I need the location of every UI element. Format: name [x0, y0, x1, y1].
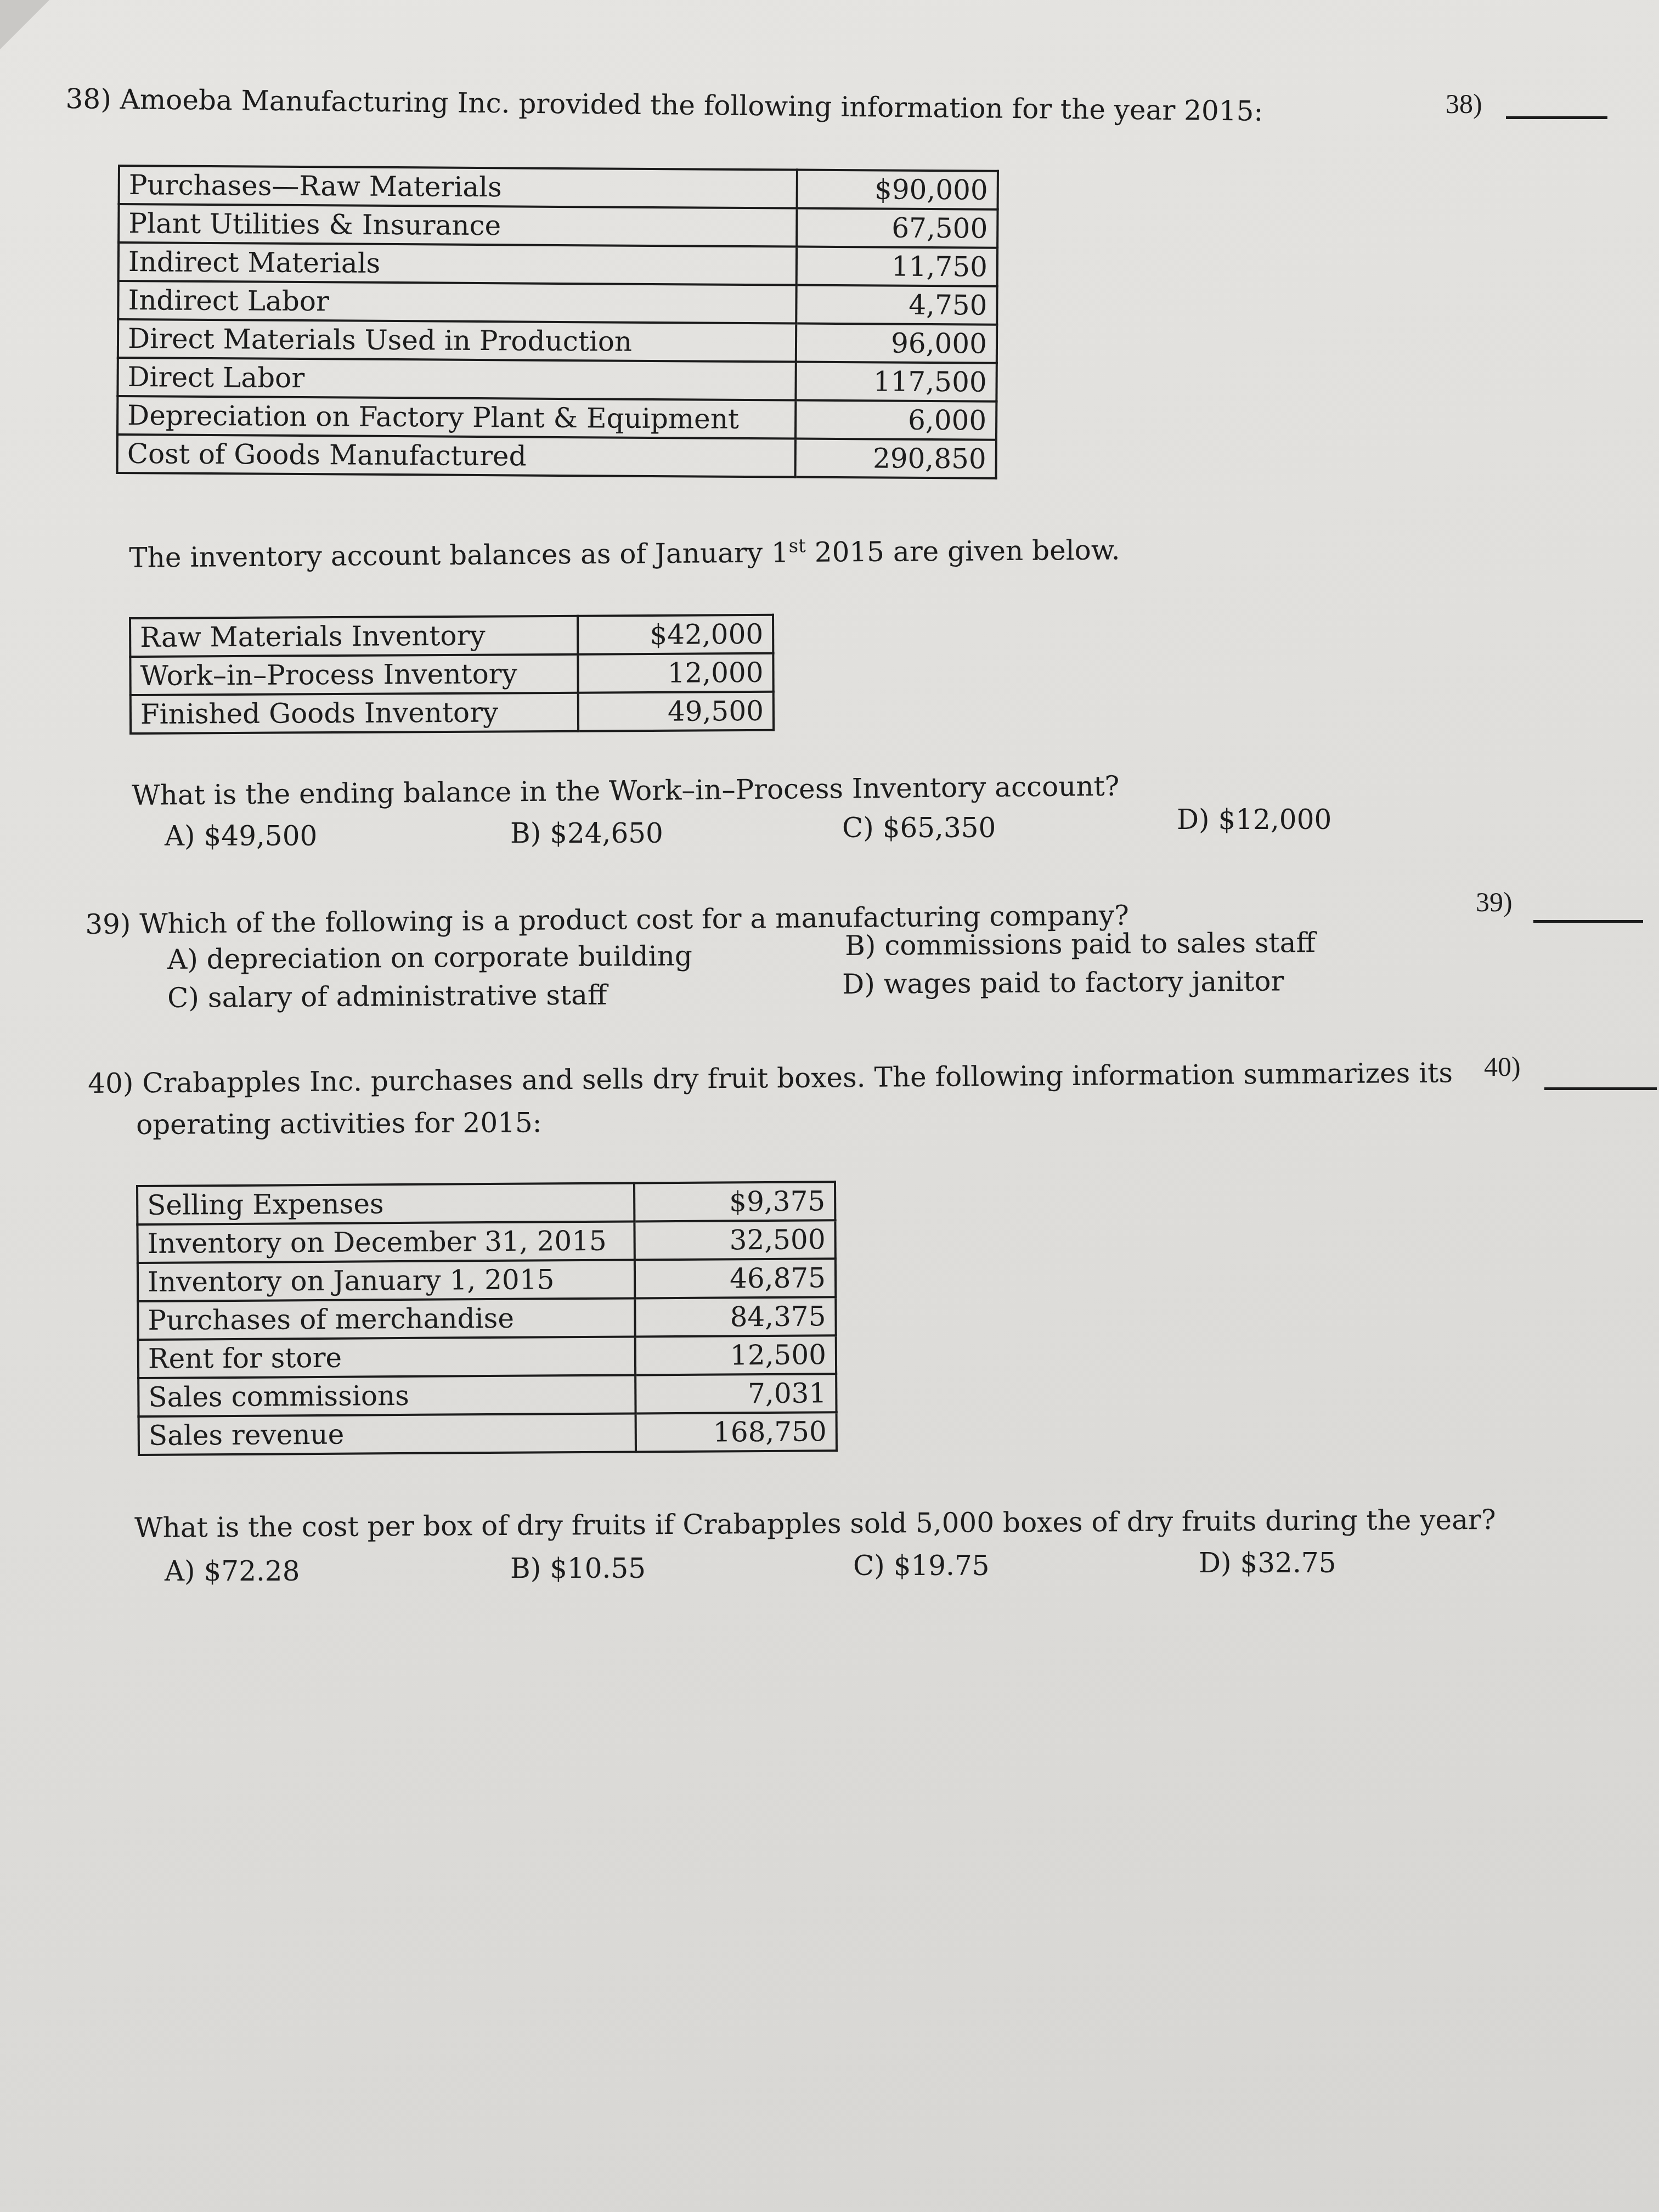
q39-margin-number: 39)	[1476, 886, 1513, 918]
q40-margin-number: 40)	[1484, 1051, 1521, 1082]
page-corner-shadow	[0, 0, 49, 49]
table-cell-label: Indirect Materials	[119, 242, 797, 285]
table-cell-value: $9,375	[634, 1182, 835, 1221]
table-row: Inventory on December 31, 2015 32,500	[137, 1220, 835, 1263]
table-cell-value: 49,500	[578, 692, 774, 731]
table-cell-label: Raw Materials Inventory	[130, 616, 578, 657]
q40-prompt-line2: operating activities for 2015:	[136, 1106, 542, 1141]
table-cell-value: 12,000	[578, 653, 773, 693]
table-cell-label: Cost of Goods Manufactured	[117, 435, 795, 477]
table-row: Sales commissions 7,031	[138, 1374, 836, 1417]
table-row: Purchases—Raw Materials $90,000	[119, 166, 998, 210]
table-row: Raw Materials Inventory $42,000	[130, 615, 773, 657]
table-cell-label: Direct Labor	[117, 358, 795, 400]
q38-question: What is the ending balance in the Work–i…	[132, 770, 1120, 812]
q40-choice-b[interactable]: B) $10.55	[510, 1553, 646, 1584]
table-cell-value: 67,500	[797, 208, 997, 248]
table-row: Direct Materials Used in Production 96,0…	[118, 319, 997, 363]
table-cell-label: Indirect Labor	[118, 281, 796, 324]
q38-margin-number: 38)	[1446, 88, 1482, 120]
table-row: Plant Utilities & Insurance 67,500	[119, 204, 997, 248]
table-cell-label: Purchases of merchandise	[138, 1298, 635, 1340]
q40-prompt-line1: 40) Crabapples Inc. purchases and sells …	[88, 1056, 1453, 1100]
table-row: Indirect Labor 4,750	[118, 281, 997, 325]
table-cell-label: Rent for store	[138, 1336, 635, 1378]
table-cell-label: Inventory on December 31, 2015	[137, 1221, 634, 1263]
q38-choice-a[interactable]: A) $49,500	[165, 820, 317, 852]
table-cell-label: Inventory on January 1, 2015	[138, 1260, 635, 1301]
q40-operating-table: Selling Expenses $9,375 Inventory on Dec…	[136, 1181, 838, 1456]
q39-choice-d[interactable]: D) wages paid to factory janitor	[842, 965, 1284, 1000]
table-cell-value: 84,375	[635, 1297, 836, 1336]
q38-inventory-table: Raw Materials Inventory $42,000 Work–in–…	[129, 614, 775, 735]
table-row: Sales revenue 168,750	[139, 1412, 837, 1455]
q38-prompt: 38) Amoeba Manufacturing Inc. provided t…	[65, 82, 1263, 128]
exam-page: 38) Amoeba Manufacturing Inc. provided t…	[0, 0, 1659, 2212]
table-row: Work–in–Process Inventory 12,000	[130, 653, 773, 695]
table-cell-value: $90,000	[797, 170, 998, 210]
table-row: Direct Labor 117,500	[117, 358, 996, 402]
table-cell-label: Direct Materials Used in Production	[118, 319, 796, 362]
q38-choice-c[interactable]: C) $65,350	[842, 812, 996, 844]
table-cell-value: 290,850	[795, 439, 996, 478]
table-cell-label: Sales revenue	[139, 1413, 636, 1455]
q40-answer-blank[interactable]	[1544, 1087, 1657, 1090]
table-cell-value: 32,500	[634, 1220, 835, 1260]
table-cell-value: 7,031	[635, 1374, 836, 1413]
inventory-intro: The inventory account balances as of Jan…	[129, 533, 1120, 574]
q39-choice-c[interactable]: C) salary of administrative staff	[167, 979, 607, 1014]
q40-choice-a[interactable]: A) $72.28	[165, 1555, 300, 1587]
inventory-intro-text: The inventory account balances as of Jan…	[129, 537, 789, 573]
table-row: Depreciation on Factory Plant & Equipmen…	[117, 396, 996, 440]
q40-question: What is the cost per box of dry fruits i…	[134, 1503, 1496, 1544]
q38-answer-blank[interactable]	[1506, 116, 1607, 119]
q40-choice-c[interactable]: C) $19.75	[853, 1550, 990, 1582]
table-cell-value: 6,000	[795, 400, 996, 440]
table-cell-label: Selling Expenses	[137, 1183, 634, 1224]
table-row: Rent for store 12,500	[138, 1335, 836, 1378]
inventory-intro-text-end: 2015 are given below.	[806, 534, 1120, 568]
table-row: Cost of Goods Manufactured 290,850	[117, 435, 996, 478]
table-cell-label: Finished Goods Inventory	[131, 693, 578, 733]
table-cell-value: 11,750	[797, 247, 997, 286]
table-cell-label: Plant Utilities & Insurance	[119, 204, 797, 247]
table-row: Purchases of merchandise 84,375	[138, 1297, 836, 1340]
table-cell-label: Work–in–Process Inventory	[130, 654, 578, 695]
table-cell-value: $42,000	[578, 615, 773, 654]
q38-choice-b[interactable]: B) $24,650	[510, 817, 663, 849]
q40-choice-d[interactable]: D) $32.75	[1199, 1547, 1336, 1579]
q39-choice-a[interactable]: A) depreciation on corporate building	[167, 940, 692, 975]
table-cell-value: 12,500	[635, 1335, 836, 1375]
q39-choice-b[interactable]: B) commissions paid to sales staff	[845, 927, 1316, 962]
table-cell-value: 4,750	[796, 285, 997, 325]
table-row: Inventory on January 1, 2015 46,875	[138, 1259, 836, 1301]
q38-choice-d[interactable]: D) $12,000	[1177, 804, 1331, 836]
table-row: Finished Goods Inventory 49,500	[131, 692, 774, 733]
table-cell-label: Depreciation on Factory Plant & Equipmen…	[117, 396, 795, 439]
table-cell-value: 46,875	[635, 1259, 836, 1298]
ordinal-suffix: st	[789, 535, 806, 557]
q39-answer-blank[interactable]	[1533, 920, 1643, 923]
table-cell-value: 168,750	[636, 1412, 837, 1452]
table-row: Indirect Materials 11,750	[119, 242, 997, 286]
q38-cost-table: Purchases—Raw Materials $90,000 Plant Ut…	[116, 165, 999, 479]
table-cell-value: 96,000	[796, 324, 997, 363]
table-row: Selling Expenses $9,375	[137, 1182, 835, 1224]
table-cell-label: Sales commissions	[138, 1375, 635, 1417]
table-cell-value: 117,500	[795, 362, 996, 402]
table-cell-label: Purchases—Raw Materials	[119, 166, 797, 208]
